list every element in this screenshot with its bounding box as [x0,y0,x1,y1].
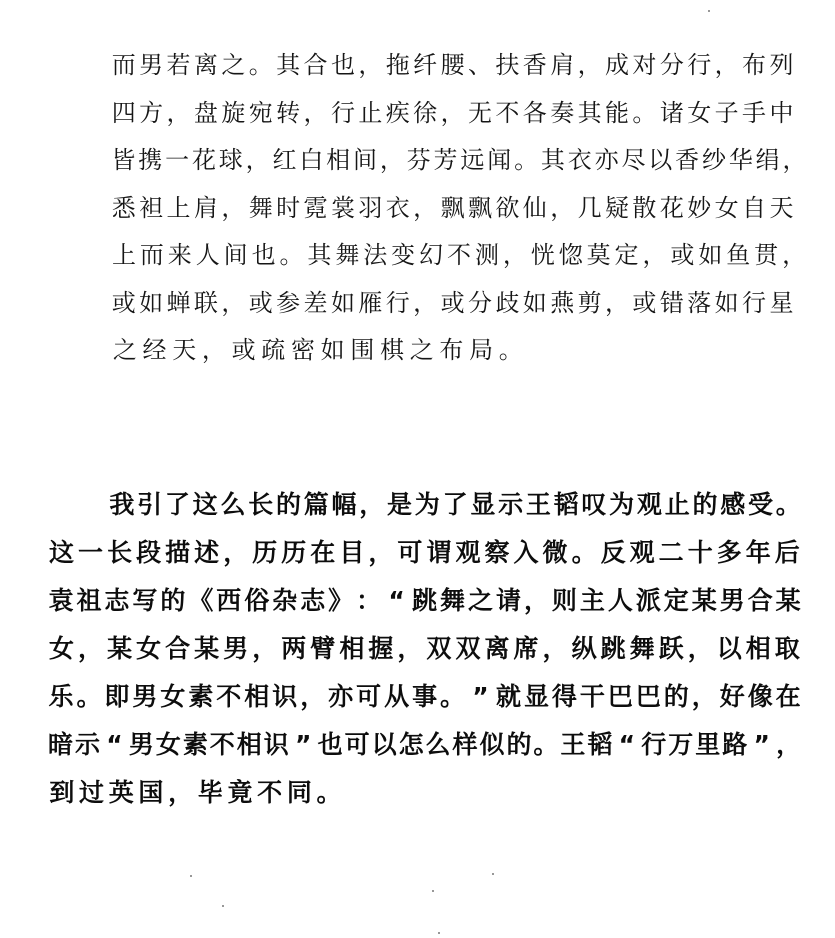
character: 妙 [686,193,713,223]
character: 亦 [327,682,355,712]
character: 盘 [192,98,219,128]
character: 行 [329,98,356,128]
character: ， [378,145,405,175]
character: 其 [540,145,567,175]
character: 肩 [192,193,219,223]
character: 手 [740,98,767,128]
character: “ [613,730,640,760]
character: 路 [721,730,748,760]
character: 不 [255,778,285,808]
character: 某 [774,586,802,616]
character: 燕 [549,288,576,318]
character: 如 [521,288,548,318]
character: 不 [494,98,521,128]
character: 纱 [701,145,728,175]
character: 自 [740,193,767,223]
character: 红 [271,145,298,175]
character: ， [686,634,715,664]
character: 跳 [599,634,628,664]
character: 目 [337,538,366,568]
character: 人 [194,240,222,270]
character: 为 [413,490,441,520]
quote-line-7: 之经天，或疏密如围棋之布局。 [110,335,795,365]
character: ， [165,98,192,128]
character: 星 [768,288,795,318]
character: 之 [467,586,495,616]
character: 纵 [570,634,599,664]
character: 错 [658,288,685,318]
character: 二 [657,538,686,568]
character: 幻 [417,240,445,270]
scan-speck [492,873,494,875]
character: 散 [631,193,658,223]
character: 剪 [576,288,603,318]
character: 花 [191,145,218,175]
character: 而 [138,240,166,270]
character: 尽 [620,145,647,175]
character: 似 [479,730,506,760]
character: 如 [329,288,356,318]
character: ： [355,586,383,616]
character: 历 [279,538,308,568]
character: 霓 [302,193,329,223]
character: ” [290,730,317,760]
character: 围 [348,335,378,365]
character: 雁 [357,288,384,318]
character: 密 [288,335,318,365]
character: 芳 [432,145,459,175]
character: 中 [768,98,795,128]
quote-line-3: 皆携一花球，红白相间，芬芳远闻。其衣亦尽以香纱华绢， [110,145,808,175]
character: 女 [155,730,182,760]
character: 也 [250,240,278,270]
character: 。 [75,682,103,712]
character: 袁 [47,586,75,616]
character: 如 [713,288,740,318]
character: 棋 [377,335,407,365]
character: 干 [578,682,606,712]
character: 了 [441,490,469,520]
character: 如 [696,240,724,270]
character: 或 [668,240,696,270]
character: 乐 [47,682,75,712]
character: 引 [136,490,164,520]
character: 我 [108,490,136,520]
character: 示 [497,490,525,520]
character: ， [713,50,740,80]
character: 女 [686,98,713,128]
character: 里 [694,730,721,760]
character: 欲 [494,193,521,223]
character: ， [411,193,438,223]
character: 为 [608,490,636,520]
character: 对 [631,50,658,80]
character: 拖 [384,50,411,80]
character: 联 [192,288,219,318]
character: 定 [662,586,690,616]
scanned-book-page: 而男若离之。其合也，拖纤腰、扶香肩，成对分行，布列 四方，盘旋宛转，行止疾徐，无… [0,0,835,938]
character: ， [641,240,669,270]
character: 某 [105,634,134,664]
character: ， [166,778,196,808]
character: 、 [466,50,493,80]
body-line-5: 乐。即男女素不相识，亦可从事。”就显得干巴巴的，好像在 [47,682,802,712]
quote-line-4: 悉袒上肩，舞时霓裳羽衣，飘飘欲仙，几疑散花妙女自天 [110,193,795,223]
character: 双 [424,634,453,664]
character: 行 [640,730,667,760]
character: 祖 [75,586,103,616]
character: 。 [278,240,306,270]
character: ， [299,682,327,712]
character: 王 [559,730,586,760]
character: 多 [715,538,744,568]
character: ， [549,193,576,223]
character: 其 [305,240,333,270]
character: 时 [274,193,301,223]
character: 女 [134,634,163,664]
character: 。 [314,778,344,808]
character: 肩 [549,50,576,80]
character: 以 [647,145,674,175]
character: 莫 [585,240,613,270]
character: 。 [496,335,526,365]
body-line-1: 我引了这么长的篇幅，是为了显示王韬叹为观止的感受。 [108,490,802,520]
character: 同 [285,778,315,808]
character: 到 [47,778,77,808]
character: 述 [192,538,221,568]
character: 或 [247,288,274,318]
body-line-4: 女，某女合某男，两臂相握，双双离席，纵跳舞跃，以相取 [47,634,802,664]
character: 歧 [494,288,521,318]
scan-speck [432,890,434,892]
character: 相 [325,145,352,175]
character: ， [690,682,718,712]
character: 悉 [110,193,137,223]
scan-speck [438,932,440,934]
character: 转 [274,98,301,128]
character: 飘 [439,193,466,223]
character: ， [221,538,250,568]
character: 仙 [521,193,548,223]
character: 派 [634,586,662,616]
character: 也 [317,730,344,760]
character: ， [357,50,384,80]
character: 布 [437,335,467,365]
character: 双 [453,634,482,664]
character: 远 [459,145,486,175]
character: 相 [337,634,366,664]
character: 飘 [466,193,493,223]
character: 闻 [486,145,513,175]
character: 显 [522,682,550,712]
character: 显 [469,490,497,520]
character: 女 [713,193,740,223]
character: 的 [275,490,303,520]
character: 舞 [333,240,361,270]
character: 分 [658,50,685,80]
character: 上 [110,240,138,270]
character: 了 [164,490,192,520]
character: 方 [137,98,164,128]
character: 则 [550,586,578,616]
character: 落 [686,288,713,318]
character: 。 [631,98,658,128]
character: 长 [247,490,275,520]
character: ， [781,145,808,175]
character: 受 [747,490,775,520]
character: 这 [191,490,219,520]
character: 观 [453,538,482,568]
character: ， [541,634,570,664]
character: 可 [344,730,371,760]
character: 男 [128,730,155,760]
character: 徐 [411,98,438,128]
character: 扶 [494,50,521,80]
character: 叹 [580,490,608,520]
character: ， [366,538,395,568]
character: 华 [727,145,754,175]
character: 来 [166,240,194,270]
character: 入 [512,538,541,568]
character: ， [501,240,529,270]
character: 香 [674,145,701,175]
character: 相 [744,634,773,664]
character: 毕 [195,778,225,808]
character: 亦 [593,145,620,175]
character: 素 [187,682,215,712]
character: 袒 [137,193,164,223]
character: 主 [578,586,606,616]
character: 相 [243,682,271,712]
character: ， [302,98,329,128]
character: 或 [439,288,466,318]
character: 离 [192,50,219,80]
body-line-7: 到过英国，毕竟不同。 [47,778,802,808]
character: 描 [163,538,192,568]
character: 子 [713,98,740,128]
character: ， [358,490,386,520]
character: ， [576,50,603,80]
character: 的 [662,682,690,712]
character: 若 [165,50,192,80]
character: 或 [110,288,137,318]
character: 疏 [258,335,288,365]
quote-line-2: 四方，盘旋宛转，行止疾徐，无不各奏其能。诸女子手中 [110,98,795,128]
character: 不 [445,240,473,270]
scan-speck [190,875,192,877]
character: 在 [774,682,802,712]
character: 可 [355,682,383,712]
character: 局 [466,335,496,365]
character: 么 [219,490,247,520]
character: 四 [110,98,137,128]
character: 贯 [752,240,780,270]
character: 志 [103,586,131,616]
character: 。 [570,538,599,568]
character: 这 [47,538,76,568]
character: 示 [74,730,101,760]
character: 俗 [243,586,271,616]
character: 某 [192,634,221,664]
character: 相 [236,730,263,760]
character: 怎 [398,730,425,760]
character: 疑 [603,193,630,223]
character: 以 [371,730,398,760]
character: ， [439,98,466,128]
character: 女 [159,682,187,712]
character: 香 [521,50,548,80]
character: 观 [636,490,664,520]
character: 羽 [357,193,384,223]
character: 恍 [529,240,557,270]
character: 可 [395,538,424,568]
character: 。 [439,682,467,712]
character: ， [411,288,438,318]
character: 鱼 [724,240,752,270]
character: 绢 [754,145,781,175]
character: ， [603,288,630,318]
character: 行 [740,288,767,318]
character: ， [244,145,271,175]
character: ， [250,634,279,664]
character: 《 [187,586,215,616]
character: 或 [631,288,658,318]
character: 列 [768,50,795,80]
quote-line-6: 或如蝉联，或参差如雁行，或分歧如燕剪，或错落如行星 [110,288,795,318]
character: 无 [466,98,493,128]
character: 离 [482,634,511,664]
character: 握 [366,634,395,664]
quote-line-5: 上而来人间也。其舞法变幻不测，恍惚莫定，或如鱼贯， [110,240,808,270]
character: 裳 [329,193,356,223]
character: 的 [505,730,532,760]
character: 花 [658,193,685,223]
character: 合 [163,634,192,664]
character: 布 [740,50,767,80]
character: 腰 [439,50,466,80]
character: 行 [686,50,713,80]
character: 暗 [47,730,74,760]
character: 十 [686,538,715,568]
character: 感 [719,490,747,520]
character: 志 [299,586,327,616]
character: 如 [318,335,348,365]
character: 皆 [110,145,137,175]
character: 女 [47,634,76,664]
character: 男 [131,682,159,712]
character: 天 [768,193,795,223]
character: ， [76,634,105,664]
character: ， [220,193,247,223]
character: 诸 [658,98,685,128]
character: 的 [691,490,719,520]
character: ， [220,288,247,318]
character: 察 [482,538,511,568]
character: 反 [599,538,628,568]
character: 衣 [384,193,411,223]
character: 上 [165,193,192,223]
character: 法 [361,240,389,270]
character: 奏 [549,98,576,128]
scan-speck [222,905,224,907]
character: 之 [220,50,247,80]
character: 从 [383,682,411,712]
character: 长 [105,538,134,568]
character: 跃 [657,634,686,664]
character: 或 [229,335,259,365]
character: 惚 [557,240,585,270]
character: 芬 [405,145,432,175]
character: 一 [164,145,191,175]
character: 西 [215,586,243,616]
character: 段 [134,538,163,568]
body-line-6: 暗示“男女素不相识”也可以怎么样似的。王韬“行万里路”， [47,730,802,760]
character: 席 [512,634,541,664]
character: 臂 [308,634,337,664]
character: 。 [532,730,559,760]
character: 天 [169,335,199,365]
character: 携 [137,145,164,175]
character: 取 [773,634,802,664]
character: 某 [690,586,718,616]
character: 韬 [552,490,580,520]
character: 后 [773,538,802,568]
character: 万 [667,730,694,760]
character: 巴 [634,682,662,712]
character: 就 [495,682,523,712]
character: 历 [250,538,279,568]
character: 样 [452,730,479,760]
character: 杂 [271,586,299,616]
character: 观 [628,538,657,568]
character: 纤 [411,50,438,80]
character: 不 [209,730,236,760]
character: 球 [217,145,244,175]
character: 分 [466,288,493,318]
character: ， [395,634,424,664]
character: 合 [746,586,774,616]
character: 疾 [384,98,411,128]
character: 其 [576,98,603,128]
character: 男 [221,634,250,664]
character: 国 [136,778,166,808]
character: 成 [603,50,630,80]
character: 。 [774,490,802,520]
character: 间 [352,145,379,175]
body-line-3: 袁祖志写的《西俗杂志》：“跳舞之请，则主人派定某男合某 [47,586,802,616]
character: 旋 [220,98,247,128]
character: 之 [407,335,437,365]
character: 写 [131,586,159,616]
character: 衣 [566,145,593,175]
character: 识 [271,682,299,712]
character: 而 [110,50,137,80]
character: 止 [357,98,384,128]
character: 年 [744,538,773,568]
character: 么 [425,730,452,760]
character: “ [101,730,128,760]
character: 人 [606,586,634,616]
character: “ [383,586,411,616]
character: 。 [247,50,274,80]
character: 请 [495,586,523,616]
character: 蝉 [165,288,192,318]
character: 》 [327,586,355,616]
character: 经 [140,335,170,365]
character: 各 [521,98,548,128]
character: 巴 [606,682,634,712]
character: 事 [411,682,439,712]
